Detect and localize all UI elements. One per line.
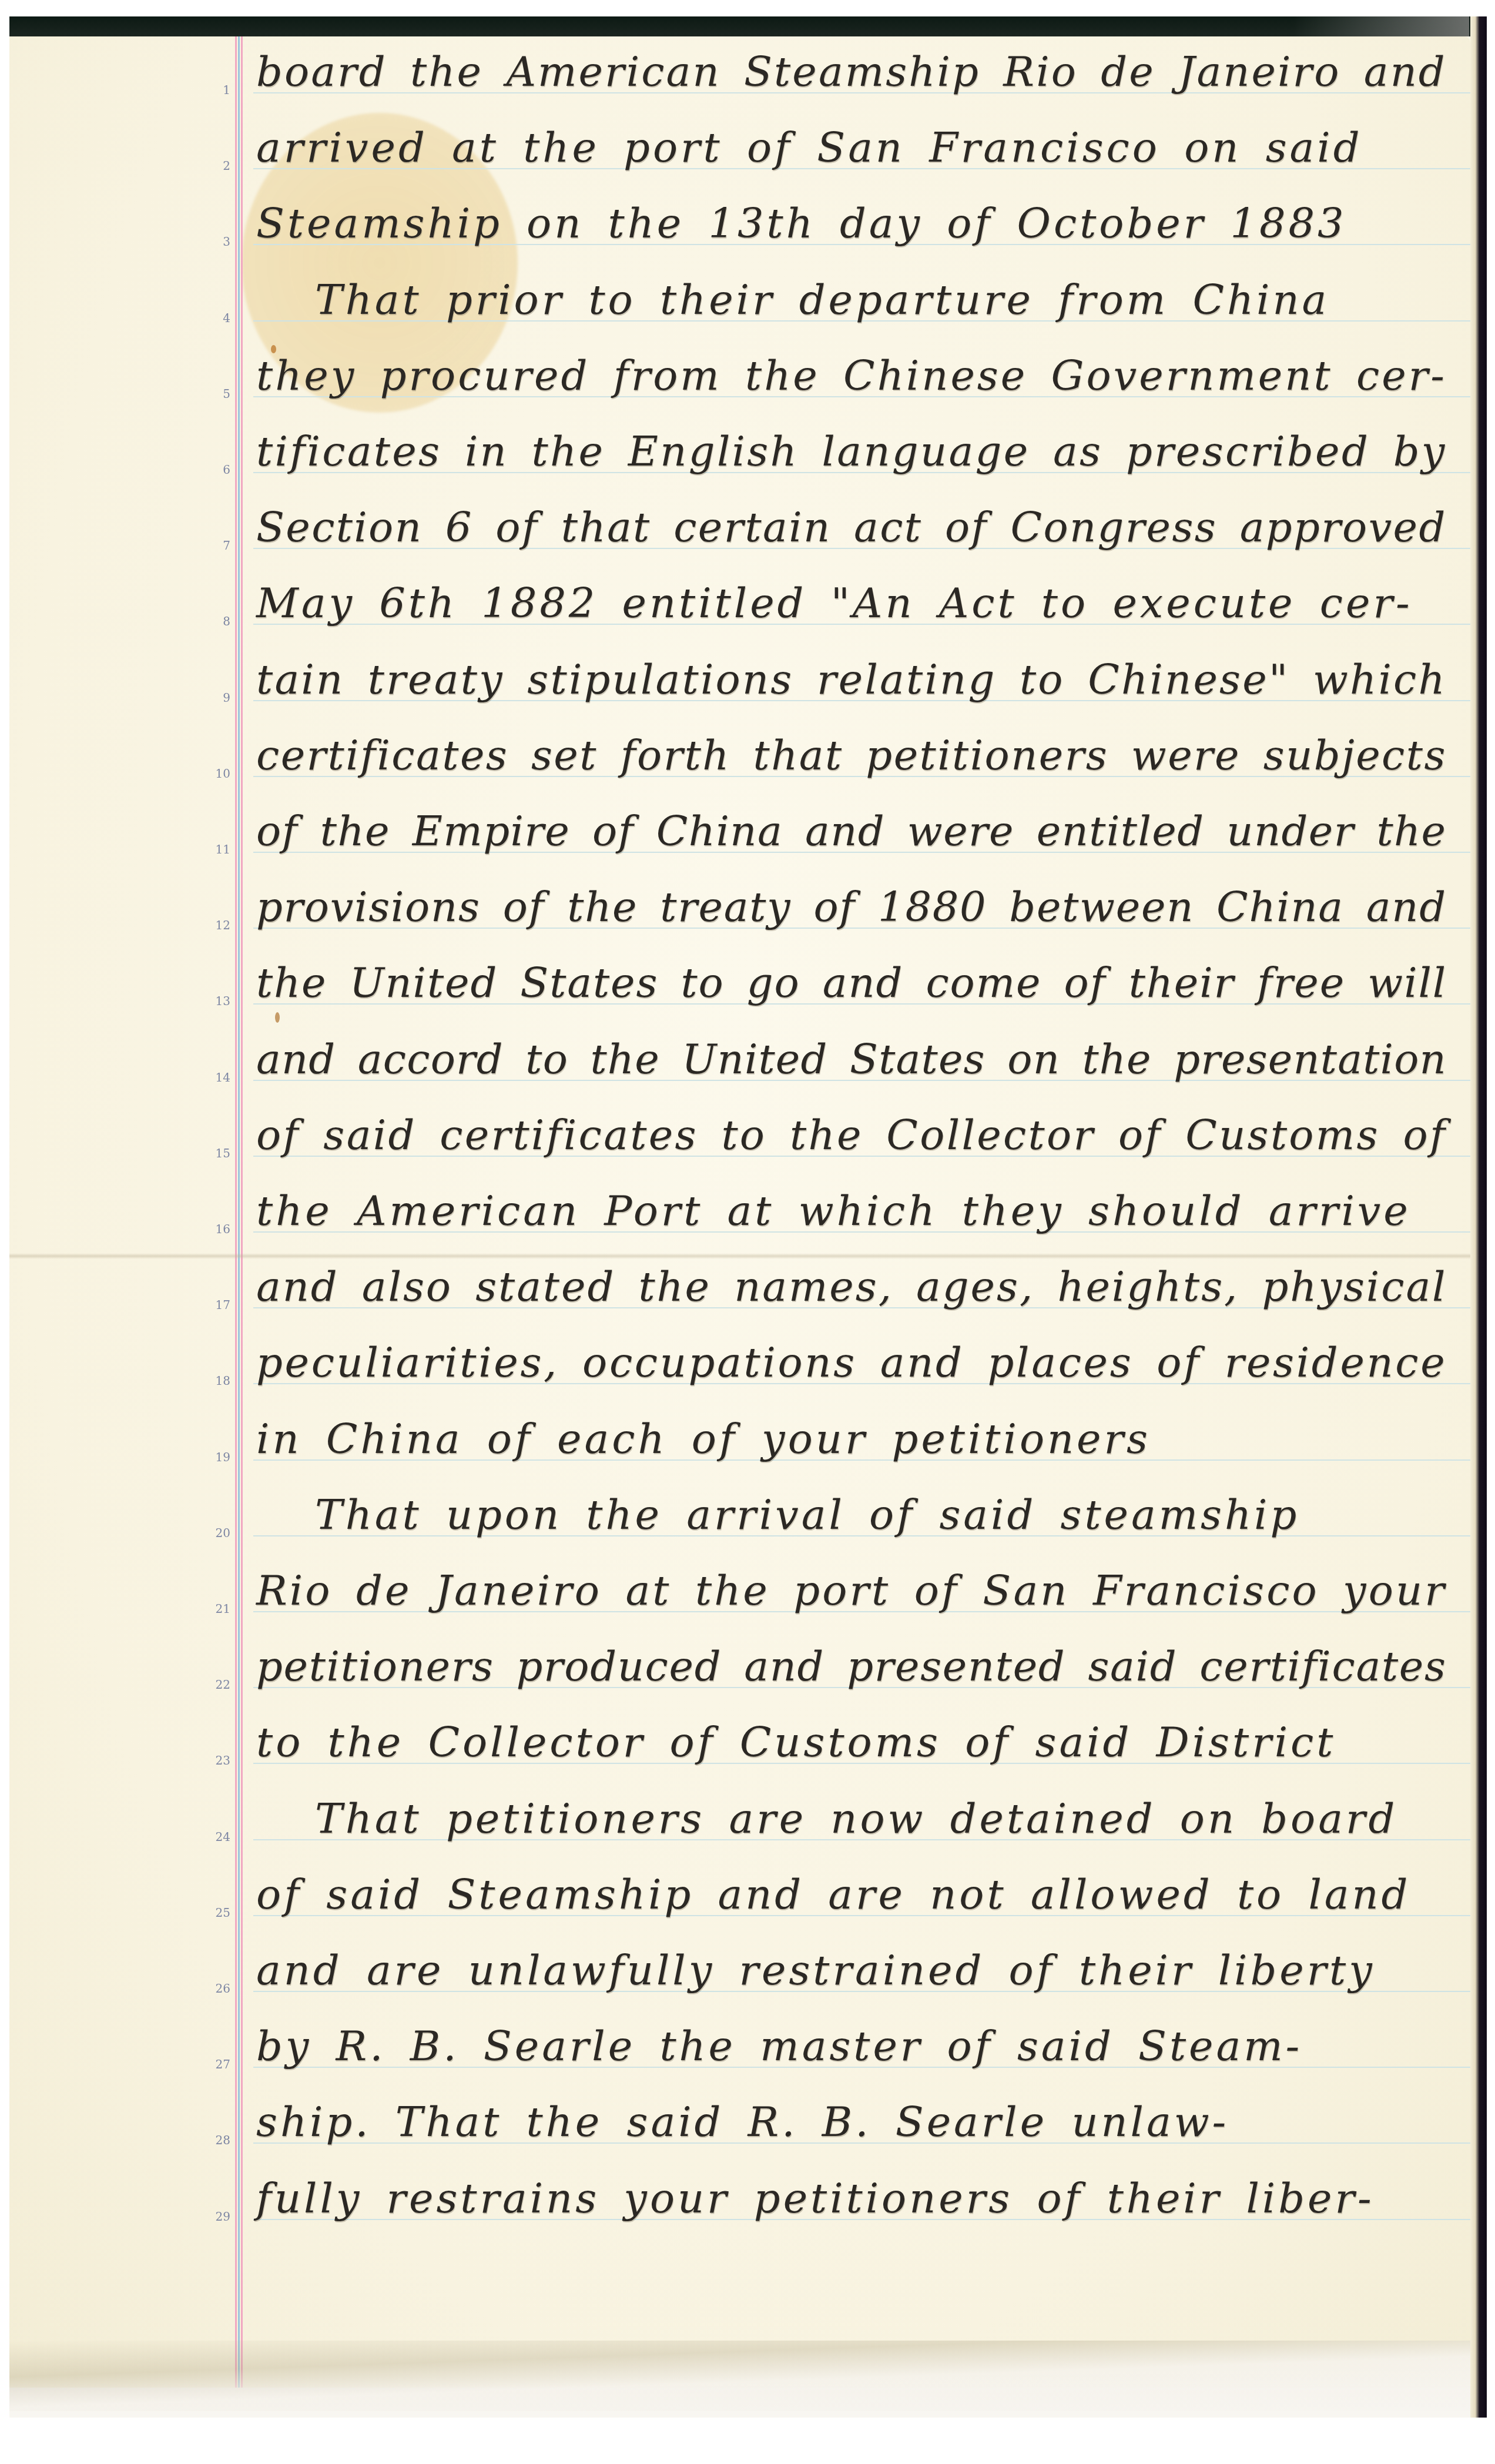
handwritten-text: of the Empire of China and were entitled… [256, 811, 1447, 852]
document-line: 21Rio de Janeiro at the port of San Fran… [9, 1551, 1470, 1626]
line-number: 20 [215, 1526, 230, 1540]
handwritten-text: the American Port at which they should a… [256, 1190, 1447, 1231]
document-line: 6tificates in the English language as pr… [9, 411, 1470, 487]
handwritten-text: Section 6 of that certain act of Congres… [256, 507, 1447, 548]
handwritten-text: in China of each of your petitioners [256, 1418, 1447, 1459]
line-number: 28 [215, 2133, 230, 2147]
document-line: 26and are unlawfully restrained of their… [9, 1930, 1470, 2006]
handwritten-text: and also stated the names, ages, heights… [256, 1266, 1447, 1307]
line-number: 13 [215, 994, 230, 1008]
line-number: 17 [215, 1298, 230, 1312]
handwritten-text: Rio de Janeiro at the port of San Franci… [256, 1570, 1447, 1611]
document-line: 3Steamship on the 13th day of October 18… [9, 183, 1470, 259]
line-number: 12 [215, 918, 230, 932]
document-line: 29fully restrains your petitioners of th… [9, 2158, 1470, 2234]
handwritten-text: by R. B. Searle the master of said Steam… [256, 2026, 1447, 2067]
line-number: 21 [215, 1602, 230, 1616]
handwritten-text: and are unlawfully restrained of their l… [256, 1950, 1447, 1991]
document-line: 11of the Empire of China and were entitl… [9, 791, 1470, 867]
scanned-document: 1board the American Steamship Rio de Jan… [9, 16, 1487, 2418]
line-number: 7 [215, 538, 230, 553]
document-line: 12provisions of the treaty of 1880 betwe… [9, 867, 1470, 943]
handwritten-text: ship. That the said R. B. Searle unlaw- [256, 2101, 1447, 2142]
document-line: 7Section 6 of that certain act of Congre… [9, 487, 1470, 563]
document-line: 5they procured from the Chinese Governme… [9, 336, 1470, 411]
document-line: 13the United States to go and come of th… [9, 943, 1470, 1019]
document-line: 9tain treaty stipulations relating to Ch… [9, 640, 1470, 715]
scan-top-edge-gradient [1293, 16, 1469, 36]
handwritten-text: the United States to go and come of thei… [256, 962, 1447, 1003]
document-line: 25of said Steamship and are not allowed … [9, 1854, 1470, 1930]
handwritten-text: peculiarities, occupations and places of… [256, 1342, 1447, 1383]
document-line: 23to the Collector of Customs of said Di… [9, 1702, 1470, 1778]
line-number: 26 [215, 1981, 230, 1996]
line-number: 16 [215, 1222, 230, 1236]
line-number: 15 [215, 1146, 230, 1160]
handwritten-text: certificates set forth that petitioners … [256, 735, 1447, 776]
line-number: 27 [215, 2057, 230, 2071]
line-number: 29 [215, 2209, 230, 2224]
line-number: 2 [215, 159, 230, 173]
handwritten-text: arrived at the port of San Francisco on … [256, 127, 1447, 168]
line-number: 9 [215, 691, 230, 705]
document-line: 17and also stated the names, ages, heigh… [9, 1247, 1470, 1323]
handwritten-text: of said certificates to the Collector of… [256, 1114, 1447, 1156]
line-number: 1 [215, 83, 230, 97]
line-number: 5 [215, 387, 230, 401]
handwritten-text: petitioners produced and presented said … [256, 1646, 1447, 1687]
document-line: 8May 6th 1882 entitled "An Act to execut… [9, 563, 1470, 639]
line-number: 14 [215, 1070, 230, 1084]
document-line: 28ship. That the said R. B. Searle unlaw… [9, 2082, 1470, 2158]
handwritten-text: of said Steamship and are not allowed to… [256, 1874, 1447, 1915]
legal-paper-page: 1board the American Steamship Rio de Jan… [9, 36, 1470, 2418]
handwritten-text: That petitioners are now detained on boa… [315, 1798, 1447, 1839]
line-number: 6 [215, 463, 230, 477]
document-line: 14and accord to the United States on the… [9, 1019, 1470, 1095]
handwritten-text: That upon the arrival of said steamship [315, 1494, 1447, 1535]
line-number: 4 [215, 311, 230, 325]
handwritten-text: tain treaty stipulations relating to Chi… [256, 659, 1447, 700]
handwritten-text: to the Collector of Customs of said Dist… [256, 1722, 1447, 1763]
line-number: 24 [215, 1830, 230, 1844]
line-number: 23 [215, 1753, 230, 1767]
paper-fold-shadow [9, 2341, 1470, 2411]
line-number: 10 [215, 766, 230, 781]
line-number: 3 [215, 235, 230, 249]
handwritten-text: Steamship on the 13th day of October 188… [256, 203, 1447, 244]
line-number: 25 [215, 1906, 230, 1920]
document-line: 22petitioners produced and presented sai… [9, 1626, 1470, 1702]
document-line: 27by R. B. Searle the master of said Ste… [9, 2006, 1470, 2082]
line-number: 8 [215, 614, 230, 628]
handwritten-text: tificates in the English language as pre… [256, 431, 1447, 472]
handwritten-text: That prior to their departure from China [315, 279, 1447, 320]
line-number: 18 [215, 1374, 230, 1388]
handwritten-text: May 6th 1882 entitled "An Act to execute… [256, 582, 1447, 624]
document-line: 2arrived at the port of San Francisco on… [9, 108, 1470, 183]
line-number: 19 [215, 1450, 230, 1464]
document-line: 18peculiarities, occupations and places … [9, 1323, 1470, 1398]
document-line: 19in China of each of your petitioners [9, 1399, 1470, 1475]
line-number: 22 [215, 1678, 230, 1692]
scan-right-edge [1470, 16, 1487, 2418]
scan-top-edge [9, 16, 1487, 36]
handwritten-text: board the American Steamship Rio de Jane… [256, 51, 1447, 92]
document-line: 10certificates set forth that petitioner… [9, 715, 1470, 791]
line-number: 11 [215, 842, 230, 856]
document-line: 4That prior to their departure from Chin… [9, 260, 1470, 336]
document-line: 1board the American Steamship Rio de Jan… [9, 36, 1470, 108]
document-line: 15of said certificates to the Collector … [9, 1095, 1470, 1171]
document-line: 16the American Port at which they should… [9, 1171, 1470, 1247]
handwritten-text: fully restrains your petitioners of thei… [256, 2178, 1447, 2219]
handwritten-text: and accord to the United States on the p… [256, 1039, 1447, 1080]
handwritten-text: they procured from the Chinese Governmen… [256, 355, 1447, 396]
document-line: 20That upon the arrival of said steamshi… [9, 1475, 1470, 1551]
document-line: 24That petitioners are now detained on b… [9, 1779, 1470, 1854]
handwritten-text: provisions of the treaty of 1880 between… [256, 886, 1447, 928]
